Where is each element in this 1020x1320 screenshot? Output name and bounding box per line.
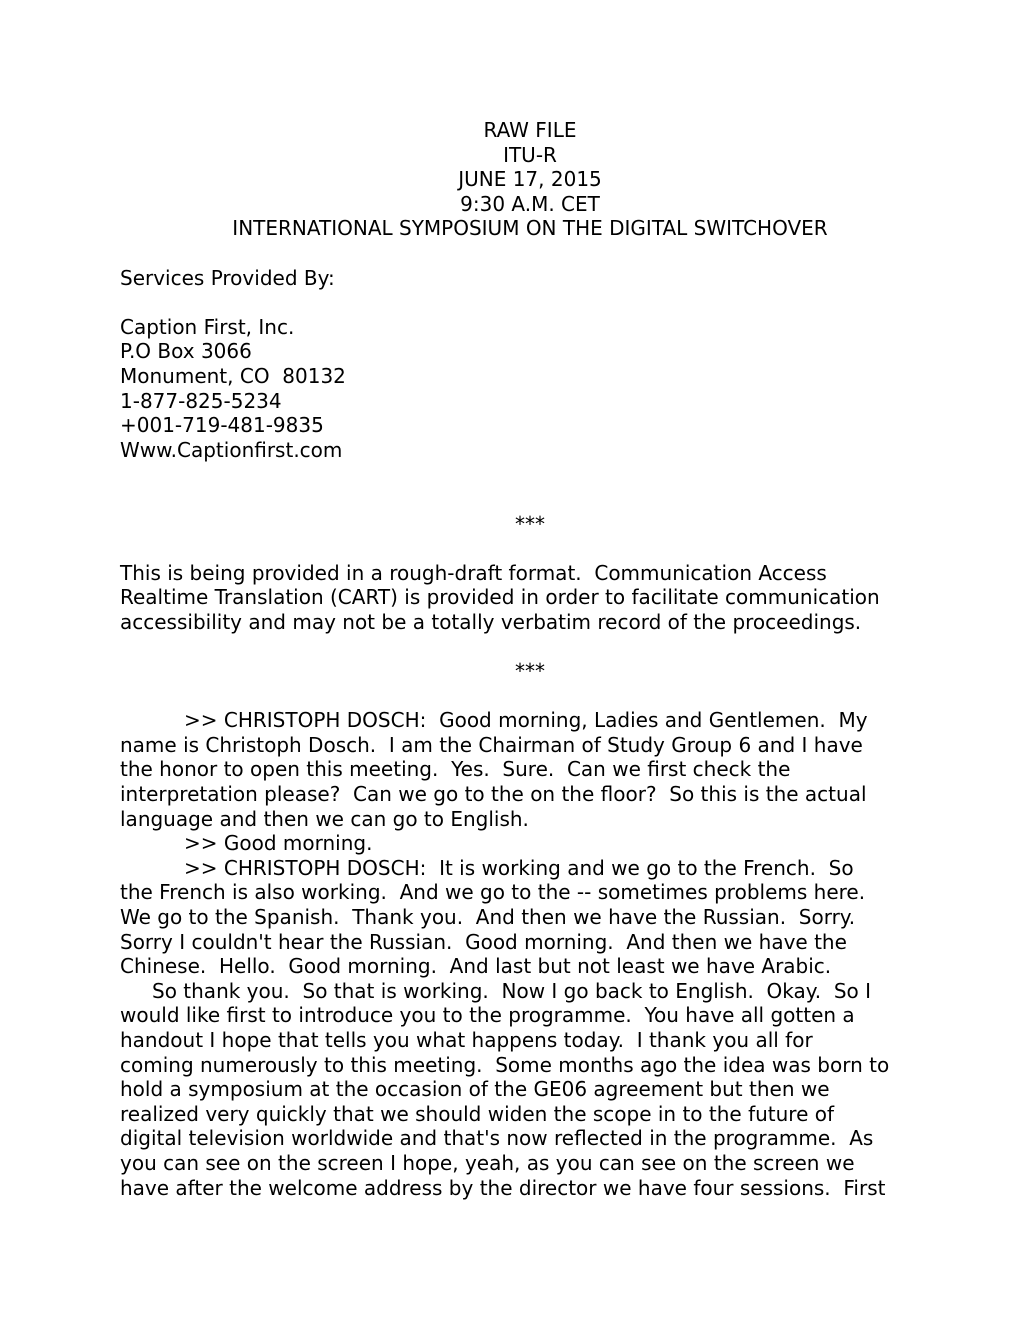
transcript-document-page: RAW FILE ITU-R JUNE 17, 2015 9:30 A.M. C… — [0, 0, 1020, 1320]
provider-address: Caption First, Inc. P.O Box 3066 Monumen… — [120, 315, 920, 463]
transcript-paragraph-4: So thank you. So that is working. Now I … — [120, 979, 920, 1200]
document-header: RAW FILE ITU-R JUNE 17, 2015 9:30 A.M. C… — [140, 118, 920, 241]
transcript-paragraph-3: >> CHRISTOPH DOSCH: It is working and we… — [120, 856, 920, 979]
section-separator-1: *** — [140, 512, 920, 537]
services-heading: Services Provided By: — [120, 266, 920, 291]
transcript-paragraph-2: >> Good morning. — [120, 831, 920, 856]
section-separator-2: *** — [140, 659, 920, 684]
disclaimer-paragraph: This is being provided in a rough-draft … — [120, 561, 920, 635]
transcript-paragraph-1: >> CHRISTOPH DOSCH: Good morning, Ladies… — [120, 708, 920, 831]
